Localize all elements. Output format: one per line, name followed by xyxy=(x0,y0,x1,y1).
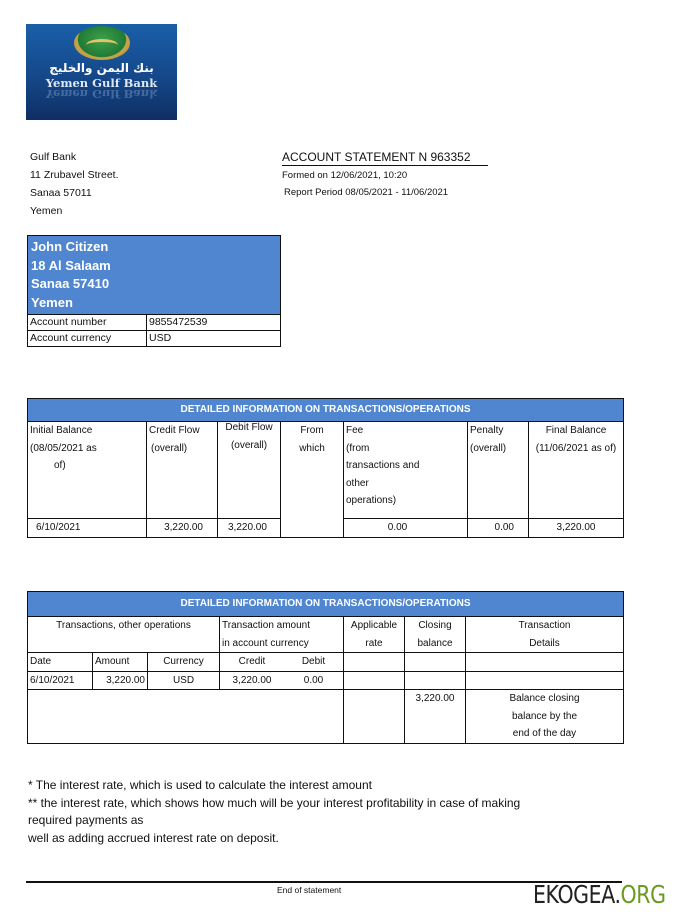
footnotes: * The interest rate, which is used to ca… xyxy=(28,777,520,847)
initial-balance-value: 6/10/2021 xyxy=(28,519,147,538)
watermark-accent: ORG xyxy=(621,880,666,909)
customer-name: John Citizen xyxy=(31,238,277,257)
footnote: * The interest rate, which is used to ca… xyxy=(28,777,520,795)
row-currency: USD xyxy=(148,671,220,690)
final-balance-value: 3,220.00 xyxy=(529,519,624,538)
credit-flow-value: 3,220.00 xyxy=(147,519,218,538)
header-transactions-operations: Transactions, other operations xyxy=(28,617,220,653)
customer-address: John Citizen 18 Al Salaam Sanaa 57410 Ye… xyxy=(28,236,281,315)
transactions-table-title: DETAILED INFORMATION ON TRANSACTIONS/OPE… xyxy=(28,592,624,617)
customer-address-line: 18 Al Salaam xyxy=(31,257,277,276)
bank-address-line: Yemen xyxy=(30,202,119,220)
bank-arabic-name: بنك اليمن والخليج xyxy=(26,61,177,75)
watermark-main: EKOGEA. xyxy=(533,880,621,909)
column-date: Date xyxy=(28,653,93,672)
row-credit: 3,220.00 xyxy=(220,671,285,690)
summary-table-title: DETAILED INFORMATION ON TRANSACTIONS/OPE… xyxy=(28,399,624,422)
column-debit: Debit xyxy=(284,653,344,672)
formed-on: Formed on 12/06/2021, 10:20 xyxy=(282,167,488,184)
row-date: 6/10/2021 xyxy=(28,671,93,690)
header-applicable-rate: Applicable rate xyxy=(344,617,405,653)
header-penalty: Penalty (overall) xyxy=(468,422,529,519)
customer-country: Yemen xyxy=(31,294,277,313)
column-amount: Amount xyxy=(93,653,148,672)
bank-name-reflection: Yemen Gulf Bank xyxy=(26,87,177,101)
account-currency-value: USD xyxy=(147,331,281,347)
watermark: EKOGEA.ORG xyxy=(533,880,666,909)
end-of-statement: End of statement xyxy=(277,885,341,895)
table-row: 6/10/2021 3,220.00 USD 3,220.00 0.00 xyxy=(28,671,624,690)
footnote: well as adding accrued interest rate on … xyxy=(28,830,520,848)
header-transaction-details: Transaction Details xyxy=(466,617,624,653)
summary-table: DETAILED INFORMATION ON TRANSACTIONS/OPE… xyxy=(27,398,624,538)
transactions-table: DETAILED INFORMATION ON TRANSACTIONS/OPE… xyxy=(27,591,624,744)
penalty-value: 0.00 xyxy=(468,519,529,538)
debit-flow-value: 3,220.00 xyxy=(218,519,281,538)
column-credit: Credit xyxy=(220,653,285,672)
header-closing-balance: Closing balance xyxy=(405,617,466,653)
account-number-value: 9855472539 xyxy=(147,315,281,331)
closing-balance-value: 3,220.00 xyxy=(405,690,466,744)
account-number-label: Account number xyxy=(28,315,147,331)
bank-logo: بنك اليمن والخليج Yemen Gulf Bank Yemen … xyxy=(26,24,177,120)
column-currency: Currency xyxy=(148,653,220,672)
customer-address-line: Sanaa 57410 xyxy=(31,275,277,294)
bank-address-line: Sanaa 57011 xyxy=(30,184,119,202)
header-fee: Fee (from transactions and other operati… xyxy=(344,422,468,519)
bank-address-line: Gulf Bank xyxy=(30,148,119,166)
report-period: Report Period 08/05/2021 - 11/06/2021 xyxy=(282,184,488,201)
header-transaction-amount: Transaction amount in account currency xyxy=(220,617,344,653)
bank-address-line: 11 Zrubavel Street. xyxy=(30,166,119,184)
row-amount: 3,220.00 xyxy=(93,671,148,690)
statement-title: ACCOUNT STATEMENT N 963352 xyxy=(282,150,488,166)
closing-balance-details: Balance closing balance by the end of th… xyxy=(466,690,624,744)
header-debit-flow: Debit Flow (overall) xyxy=(218,422,281,519)
header-credit-flow: Credit Flow (overall) xyxy=(147,422,218,519)
header-final-balance: Final Balance (11/06/2021 as of) xyxy=(529,422,624,519)
statement-header: ACCOUNT STATEMENT N 963352 Formed on 12/… xyxy=(282,150,488,201)
header-from-which: From which xyxy=(281,422,344,538)
account-currency-label: Account currency xyxy=(28,331,147,347)
bank-address: Gulf Bank 11 Zrubavel Street. Sanaa 5701… xyxy=(30,148,119,220)
bank-emblem-icon xyxy=(74,26,130,60)
fee-value: 0.00 xyxy=(344,519,468,538)
footnote: ** the interest rate, which shows how mu… xyxy=(28,795,520,813)
footnote: required payments as xyxy=(28,812,520,830)
customer-info-table: John Citizen 18 Al Salaam Sanaa 57410 Ye… xyxy=(27,235,281,347)
header-initial-balance: Initial Balance (08/05/2021 as of) xyxy=(28,422,147,519)
row-debit: 0.00 xyxy=(284,671,344,690)
